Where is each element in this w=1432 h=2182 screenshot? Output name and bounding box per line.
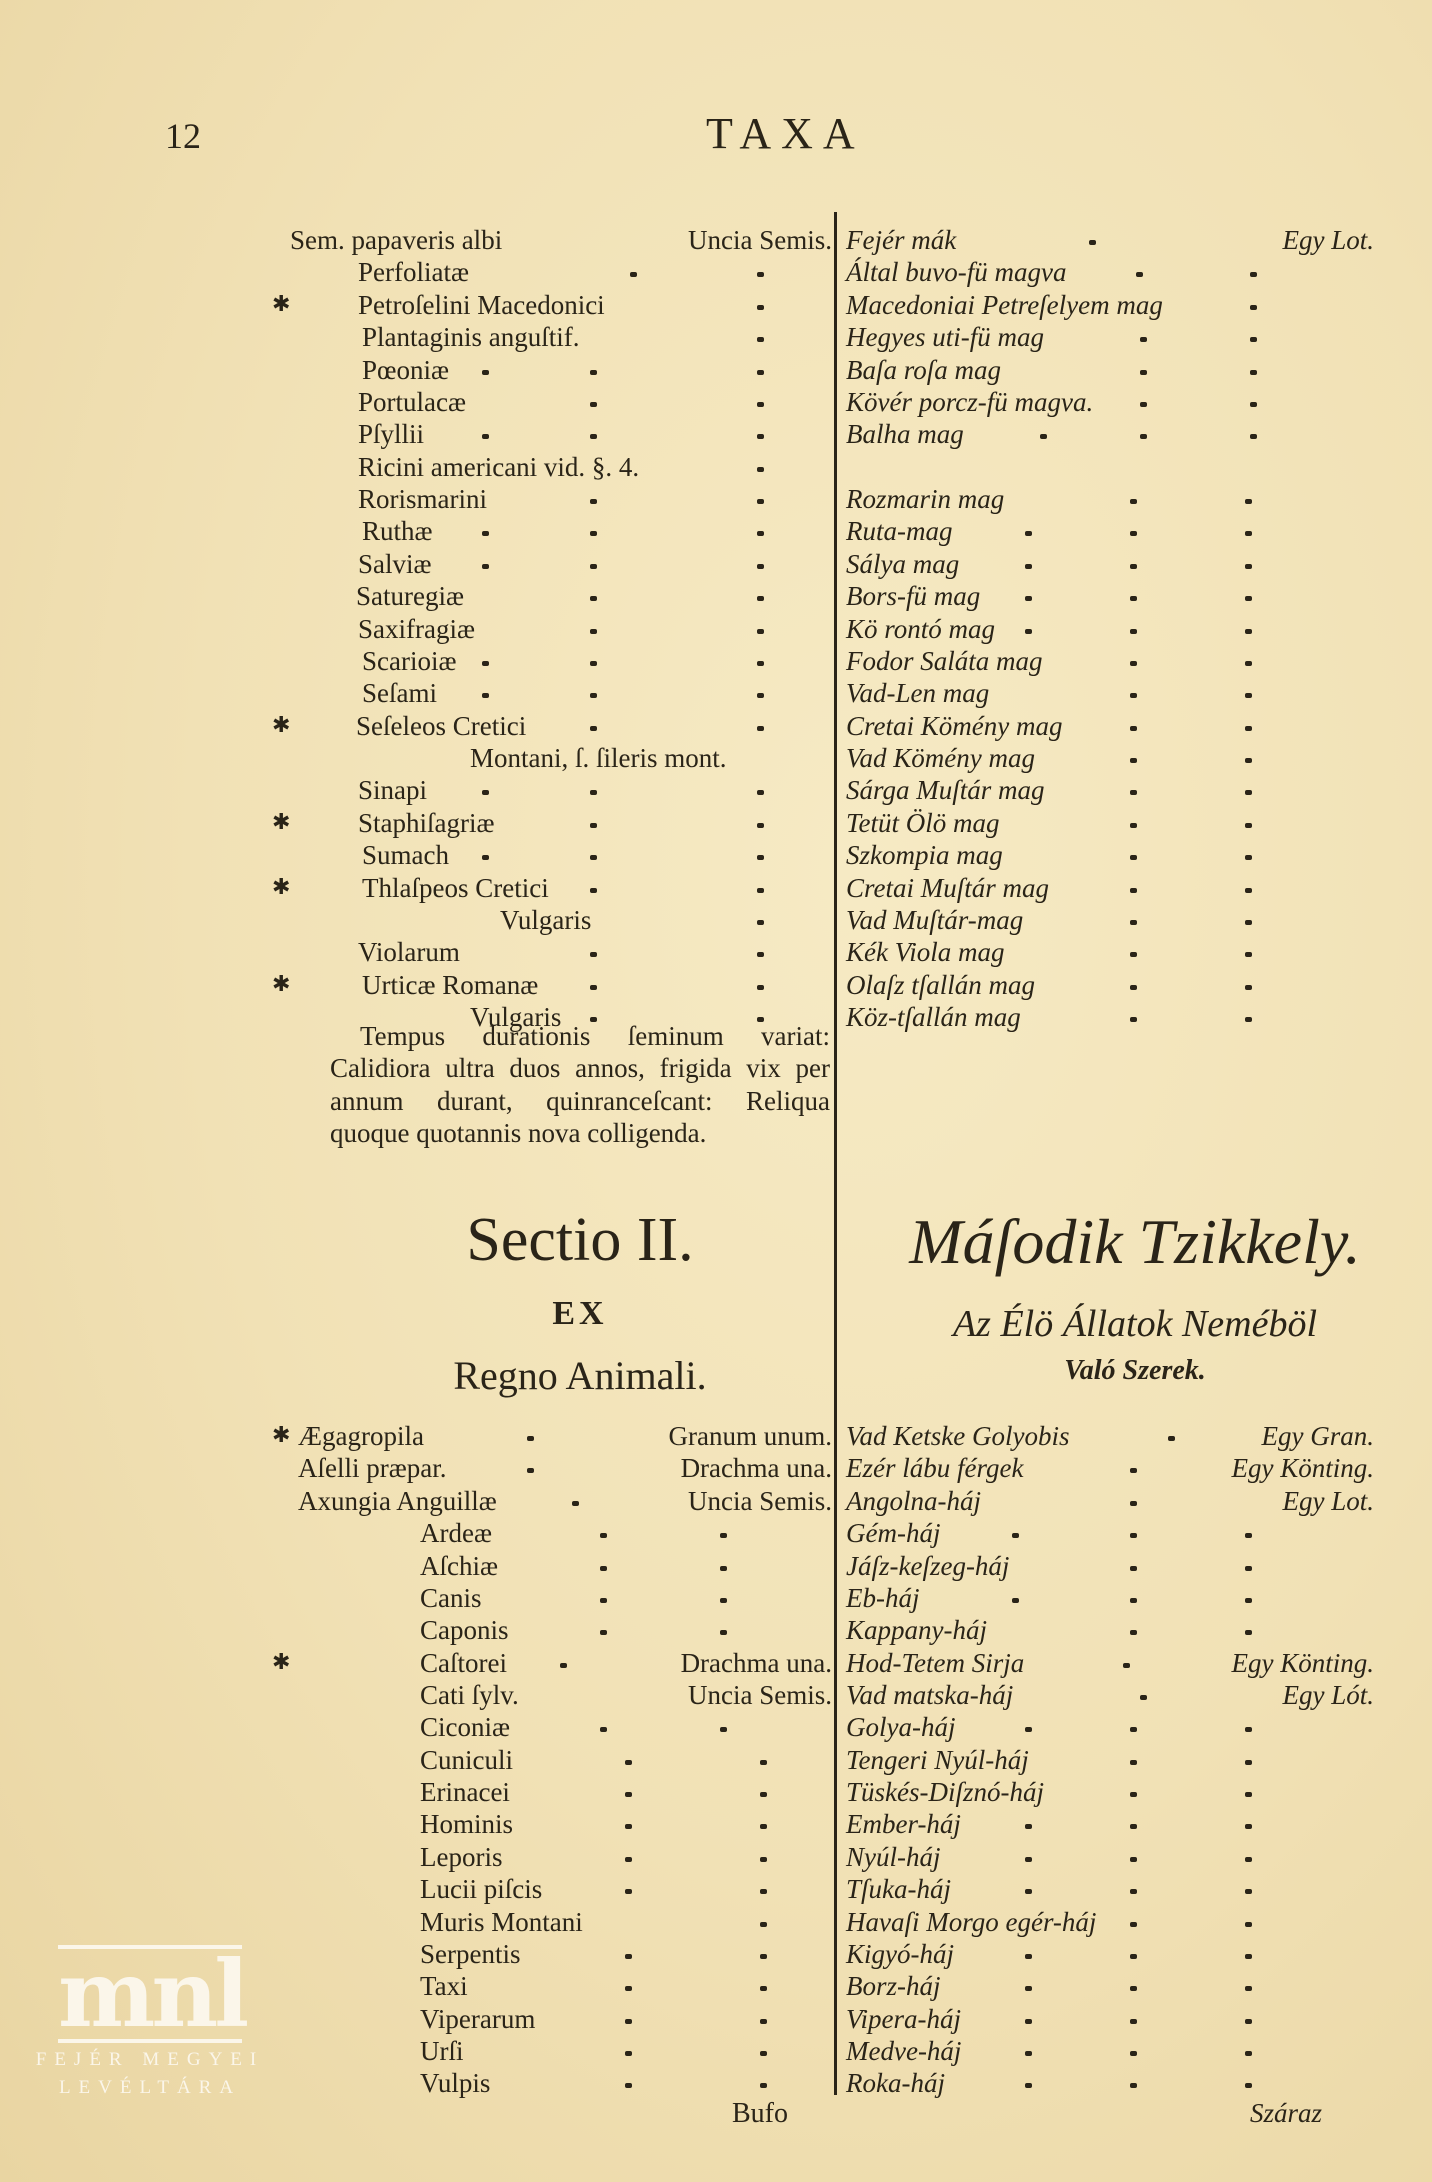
ditto-dash-icon (590, 499, 597, 504)
table-row: Vipera-háj (846, 2003, 961, 2035)
ditto-dash-icon (720, 1533, 727, 1538)
ditto-dash-icon (1130, 985, 1137, 990)
ditto-dash-icon (1025, 1857, 1032, 1862)
ditto-dash-icon (1245, 596, 1252, 601)
ditto-dash-icon (1245, 1760, 1252, 1765)
table-row: Kö rontó mag (846, 613, 995, 645)
ditto-dash-icon (590, 790, 597, 795)
ditto-dash-icon (1245, 1922, 1252, 1927)
ditto-dash-icon (720, 1727, 727, 1732)
ditto-dash-icon (625, 1986, 632, 1991)
unit-label: Egy Könting. (1232, 1452, 1375, 1484)
ditto-dash-icon (1245, 629, 1252, 634)
table-row: Ricini americani vid. §. 4. (358, 451, 639, 483)
ditto-dash-icon (1025, 564, 1032, 569)
table-row: Cati ſylv. (420, 1679, 519, 1711)
table-row: Tſuka-háj (846, 1873, 951, 1905)
ditto-dash-icon (757, 499, 764, 504)
ditto-dash-icon (1245, 1566, 1252, 1571)
ditto-dash-icon (757, 467, 764, 472)
ditto-dash-icon (1123, 1663, 1130, 1668)
ditto-dash-icon (482, 693, 489, 698)
ditto-dash-icon (1025, 1889, 1032, 1894)
ditto-dash-icon (1130, 888, 1137, 893)
ditto-dash-icon (760, 1857, 767, 1862)
table-row: Ezér lábu férgek (846, 1452, 1023, 1484)
ditto-dash-icon (757, 661, 764, 666)
ditto-dash-icon (1245, 888, 1252, 893)
ditto-dash-icon (1250, 272, 1257, 277)
ditto-dash-icon (757, 531, 764, 536)
unit-label: Drachma una. (681, 1452, 832, 1484)
column-divider-top (834, 212, 837, 1777)
ditto-dash-icon (1130, 1824, 1137, 1829)
table-row: Staphiſagriæ (358, 807, 495, 839)
asterisk-icon: ✱ (272, 710, 290, 742)
table-row: Köz-tſallán mag (846, 1001, 1021, 1033)
ditto-dash-icon (1245, 2051, 1252, 2056)
table-row: Sinapi (358, 774, 427, 806)
table-row: Montani, ſ. ſileris mont. (470, 742, 727, 774)
table-row: Leporis (420, 1841, 502, 1873)
ditto-dash-icon (1130, 1468, 1137, 1473)
ditto-dash-icon (1130, 1727, 1137, 1732)
table-row: Vulpis (420, 2067, 490, 2099)
unit-label: Drachma una. (681, 1647, 832, 1679)
ditto-dash-icon (1245, 920, 1252, 925)
table-row: Tetüt Ölö mag (846, 807, 1000, 839)
ditto-dash-icon (757, 337, 764, 342)
table-row: Taxi (420, 1970, 468, 2002)
ditto-dash-icon (625, 2019, 632, 2024)
ditto-dash-icon (1025, 1954, 1032, 1959)
unit-label: Egy Lót. (1283, 1679, 1375, 1711)
ditto-dash-icon (590, 855, 597, 860)
table-row: Urſi (420, 2035, 464, 2067)
ditto-dash-icon (590, 726, 597, 731)
table-row: Rozmarin mag (846, 483, 1004, 515)
ditto-dash-icon (1130, 1857, 1137, 1862)
ditto-dash-icon (1250, 305, 1257, 310)
catchword-right: Száraz (1250, 2098, 1322, 2129)
archive-watermark: mnl FEJÉR MEGYEI LEVÉLTÁRA (30, 1945, 270, 2099)
ditto-dash-icon (1245, 1824, 1252, 1829)
ditto-dash-icon (1130, 1986, 1137, 1991)
ditto-dash-icon (590, 823, 597, 828)
table-row: Muris Montani (420, 1906, 583, 1938)
table-row: Sálya mag (846, 548, 959, 580)
table-row: Medve-háj (846, 2035, 961, 2067)
table-row: Aſchiæ (420, 1550, 498, 1582)
ditto-dash-icon (1140, 337, 1147, 342)
table-row: Roka-háj (846, 2067, 945, 2099)
ditto-dash-icon (1130, 790, 1137, 795)
ditto-dash-icon (1245, 1727, 1252, 1732)
ditto-dash-icon (720, 1598, 727, 1603)
ditto-dash-icon (1245, 1792, 1252, 1797)
ditto-dash-icon (1140, 370, 1147, 375)
ditto-dash-icon (482, 370, 489, 375)
ditto-dash-icon (757, 985, 764, 990)
ditto-dash-icon (757, 726, 764, 731)
table-row: Lucii piſcis (420, 1873, 542, 1905)
ditto-dash-icon (625, 1954, 632, 1959)
ditto-dash-icon (590, 402, 597, 407)
ditto-dash-icon (600, 1727, 607, 1732)
ditto-dash-icon (1025, 1727, 1032, 1732)
ditto-dash-icon (1250, 370, 1257, 375)
ditto-dash-icon (625, 1857, 632, 1862)
table-row: Eb-háj (846, 1582, 920, 1614)
latin-section-title: Sectio II. (330, 1205, 830, 1276)
table-row: Aſelli præpar. (298, 1452, 446, 1484)
table-row: Seſeleos Cretici (356, 710, 526, 742)
ditto-dash-icon (590, 370, 597, 375)
table-row: Baſa roſa mag (846, 354, 1001, 386)
ditto-dash-icon (757, 823, 764, 828)
watermark-line1: FEJÉR MEGYEI (30, 2049, 270, 2071)
ditto-dash-icon (625, 1824, 632, 1829)
table-row: Kigyó-háj (846, 1938, 954, 1970)
table-row: Fejér mák (846, 224, 956, 256)
table-row: Thlaſpeos Cretici (362, 872, 549, 904)
ditto-dash-icon (1245, 2083, 1252, 2088)
table-row: Ruta-mag (846, 515, 952, 547)
ditto-dash-icon (625, 2083, 632, 2088)
ditto-dash-icon (1245, 790, 1252, 795)
table-row: Seſami (362, 677, 437, 709)
table-row: Tengeri Nyúl-háj (846, 1744, 1029, 1776)
ditto-dash-icon (1130, 2019, 1137, 2024)
ditto-dash-icon (1245, 564, 1252, 569)
ditto-dash-icon (600, 1630, 607, 1635)
table-row: Kappany-háj (846, 1614, 987, 1646)
ditto-dash-icon (590, 888, 597, 893)
table-row: Perfoliatæ (358, 256, 469, 288)
table-row: Angolna-háj (846, 1485, 981, 1517)
ditto-dash-icon (1130, 531, 1137, 536)
table-row: Sárga Muſtár mag (846, 774, 1045, 806)
hungarian-section-subtitle: Az Élö Állatok Neméböl (840, 1302, 1430, 1346)
table-row: Salviæ (358, 548, 432, 580)
ditto-dash-icon (600, 1533, 607, 1538)
ditto-dash-icon (625, 1889, 632, 1894)
ditto-dash-icon (600, 1566, 607, 1571)
ditto-dash-icon (482, 564, 489, 569)
ditto-dash-icon (1250, 402, 1257, 407)
ditto-dash-icon (1130, 920, 1137, 925)
ditto-dash-icon (590, 693, 597, 698)
table-row: Urticæ Romanæ (362, 969, 538, 1001)
asterisk-icon: ✱ (272, 807, 290, 839)
latin-section-ex: EX (330, 1295, 830, 1333)
ditto-dash-icon (1136, 272, 1143, 277)
ditto-dash-icon (625, 1792, 632, 1797)
ditto-dash-icon (1130, 2051, 1137, 2056)
ditto-dash-icon (1130, 1598, 1137, 1603)
table-row: Nyúl-háj (846, 1841, 941, 1873)
ditto-dash-icon (1130, 499, 1137, 504)
ditto-dash-icon (1245, 726, 1252, 731)
ditto-dash-icon (1245, 693, 1252, 698)
catchword-left: Bufo (732, 2098, 788, 2130)
ditto-dash-icon (560, 1663, 567, 1668)
ditto-dash-icon (482, 531, 489, 536)
ditto-dash-icon (1245, 823, 1252, 828)
unit-label: Egy Gran. (1262, 1420, 1374, 1452)
table-row: Tüskés-Diſznó-háj (846, 1776, 1044, 1808)
ditto-dash-icon (1130, 1922, 1137, 1927)
table-row: Ember-háj (846, 1808, 961, 1840)
table-row: Vad Ketske Golyobis (846, 1420, 1069, 1452)
ditto-dash-icon (482, 855, 489, 860)
ditto-dash-icon (757, 272, 764, 277)
table-row: Serpentis (420, 1938, 521, 1970)
table-row: Fodor Saláta mag (846, 645, 1043, 677)
ditto-dash-icon (1089, 240, 1096, 245)
latin-section-subtitle: Regno Animali. (330, 1352, 830, 1399)
ditto-dash-icon (482, 790, 489, 795)
table-row: Golya-háj (846, 1711, 955, 1743)
hungarian-section-title: Máſodik Tzikkely. (840, 1205, 1430, 1279)
ditto-dash-icon (1130, 855, 1137, 860)
ditto-dash-icon (1130, 1954, 1137, 1959)
table-row: Rorismarini (358, 483, 487, 515)
ditto-dash-icon (757, 888, 764, 893)
ditto-dash-icon (1025, 2019, 1032, 2024)
ditto-dash-icon (1012, 1533, 1019, 1538)
ditto-dash-icon (1130, 952, 1137, 957)
ditto-dash-icon (1025, 596, 1032, 601)
ditto-dash-icon (760, 2019, 767, 2024)
ditto-dash-icon (625, 1760, 632, 1765)
table-row: Bors-fü mag (846, 580, 980, 612)
ditto-dash-icon (1130, 2083, 1137, 2088)
asterisk-icon: ✱ (272, 1420, 290, 1452)
ditto-dash-icon (1130, 629, 1137, 634)
ditto-dash-icon (757, 402, 764, 407)
ditto-dash-icon (1250, 434, 1257, 439)
ditto-dash-icon (1130, 1501, 1137, 1506)
ditto-dash-icon (757, 305, 764, 310)
column-divider-bottom (834, 1777, 837, 2095)
ditto-dash-icon (757, 434, 764, 439)
ditto-dash-icon (1130, 1792, 1137, 1797)
table-row: Sumach (362, 839, 449, 871)
table-row: Borz-háj (846, 1970, 941, 2002)
ditto-dash-icon (590, 531, 597, 536)
ditto-dash-icon (590, 596, 597, 601)
ditto-dash-icon (760, 1922, 767, 1927)
table-row: Kék Viola mag (846, 936, 1004, 968)
table-row: Ardeæ (420, 1517, 492, 1549)
ditto-dash-icon (720, 1630, 727, 1635)
table-row: Saturegiæ (356, 580, 464, 612)
ditto-dash-icon (757, 855, 764, 860)
asterisk-icon: ✱ (272, 872, 290, 904)
table-row: Scarioiæ (362, 645, 457, 677)
table-row: Hominis (420, 1808, 513, 1840)
ditto-dash-icon (1245, 1017, 1252, 1022)
ditto-dash-icon (1130, 564, 1137, 569)
ditto-dash-icon (482, 434, 489, 439)
table-row: Vad Kömény mag (846, 742, 1035, 774)
ditto-dash-icon (1250, 337, 1257, 342)
ditto-dash-icon (600, 1598, 607, 1603)
ditto-dash-icon (1130, 758, 1137, 763)
ditto-dash-icon (1130, 661, 1137, 666)
ditto-dash-icon (1245, 661, 1252, 666)
ditto-dash-icon (572, 1501, 579, 1506)
ditto-dash-icon (1245, 1630, 1252, 1635)
ditto-dash-icon (630, 272, 637, 277)
ditto-dash-icon (1040, 434, 1047, 439)
ditto-dash-icon (1012, 1598, 1019, 1603)
table-row: Canis (420, 1582, 482, 1614)
table-row: Jáſz-keſzeg-háj (846, 1550, 1009, 1582)
ditto-dash-icon (1245, 1857, 1252, 1862)
mnl-logo-icon: mnl (58, 1945, 242, 2043)
ditto-dash-icon (1245, 531, 1252, 536)
ditto-dash-icon (590, 434, 597, 439)
table-row: Macedoniai Petreſelyem mag (846, 289, 1163, 321)
page-number: 12 (165, 115, 201, 157)
table-row: Erinacei (420, 1776, 510, 1808)
table-row: Balha mag (846, 418, 964, 450)
ditto-dash-icon (1025, 2083, 1032, 2088)
ditto-dash-icon (1245, 985, 1252, 990)
ditto-dash-icon (590, 629, 597, 634)
ditto-dash-icon (527, 1436, 534, 1441)
table-row: Ciconiæ (420, 1711, 510, 1743)
ditto-dash-icon (1130, 1889, 1137, 1894)
table-row: Saxifragiæ (358, 613, 475, 645)
unit-label: Uncia Semis. (688, 224, 832, 256)
table-row: Hegyes uti-fü mag (846, 321, 1044, 353)
table-row: Olaſz tſallán mag (846, 969, 1035, 1001)
ditto-dash-icon (1140, 434, 1147, 439)
table-row: Viperarum (420, 2003, 535, 2035)
ditto-dash-icon (757, 596, 764, 601)
ditto-dash-icon (757, 564, 764, 569)
ditto-dash-icon (757, 920, 764, 925)
ditto-dash-icon (1245, 1889, 1252, 1894)
ditto-dash-icon (720, 1566, 727, 1571)
ditto-dash-icon (527, 1468, 534, 1473)
ditto-dash-icon (1245, 1986, 1252, 1991)
hungarian-section-subtitle2: Való Szerek. (840, 1355, 1430, 1387)
table-row: Ægagropila (298, 1420, 424, 1452)
ditto-dash-icon (1245, 499, 1252, 504)
ditto-dash-icon (757, 693, 764, 698)
ditto-dash-icon (757, 629, 764, 634)
table-row: Vad matska-háj (846, 1679, 1013, 1711)
ditto-dash-icon (757, 952, 764, 957)
table-row: Vad Muſtár-mag (846, 904, 1023, 936)
table-row: Által buvo-fü magva (846, 256, 1066, 288)
ditto-dash-icon (760, 1760, 767, 1765)
ditto-dash-icon (590, 985, 597, 990)
unit-label: Uncia Semis. (688, 1679, 832, 1711)
ditto-dash-icon (760, 2083, 767, 2088)
table-row: Pſyllii (358, 418, 424, 450)
ditto-dash-icon (1025, 1824, 1032, 1829)
ditto-dash-icon (482, 661, 489, 666)
table-row: Pœoniæ (362, 354, 449, 386)
ditto-dash-icon (1245, 1598, 1252, 1603)
ditto-dash-icon (1245, 855, 1252, 860)
ditto-dash-icon (1140, 1695, 1147, 1700)
running-title: TAXA (706, 108, 865, 159)
table-row: Cuniculi (420, 1744, 513, 1776)
ditto-dash-icon (590, 952, 597, 957)
table-row: Caſtorei (420, 1647, 507, 1679)
table-row: Ruthæ (362, 515, 433, 547)
ditto-dash-icon (1245, 2019, 1252, 2024)
ditto-dash-icon (760, 1889, 767, 1894)
unit-label: Egy Könting. (1232, 1647, 1375, 1679)
table-row: Vulgaris (500, 904, 591, 936)
ditto-dash-icon (1130, 1533, 1137, 1538)
ditto-dash-icon (590, 564, 597, 569)
asterisk-icon: ✱ (272, 1647, 290, 1679)
duration-note: Tempus durationis ſeminum variat: Calidi… (330, 1020, 830, 1150)
ditto-dash-icon (1130, 596, 1137, 601)
table-row: Vad-Len mag (846, 677, 989, 709)
ditto-dash-icon (1130, 823, 1137, 828)
ditto-dash-icon (1245, 952, 1252, 957)
ditto-dash-icon (1025, 1986, 1032, 1991)
ditto-dash-icon (1245, 758, 1252, 763)
ditto-dash-icon (760, 1954, 767, 1959)
table-row: Sem. papaveris albi (290, 224, 502, 256)
ditto-dash-icon (1130, 1630, 1137, 1635)
ditto-dash-icon (1245, 1533, 1252, 1538)
ditto-dash-icon (1025, 531, 1032, 536)
table-row: Axungia Anguillæ (298, 1485, 497, 1517)
table-row: Plantaginis anguſtif. (362, 321, 579, 353)
table-row: Gém-háj (846, 1517, 940, 1549)
table-row: Petroſelini Macedonici (358, 289, 605, 321)
ditto-dash-icon (1130, 693, 1137, 698)
ditto-dash-icon (760, 1824, 767, 1829)
table-row: Havaſi Morgo egér-háj (846, 1906, 1096, 1938)
asterisk-icon: ✱ (272, 289, 290, 321)
ditto-dash-icon (757, 370, 764, 375)
ditto-dash-icon (760, 1986, 767, 1991)
table-row: Portulacæ (358, 386, 466, 418)
ditto-dash-icon (760, 1792, 767, 1797)
unit-label: Egy Lot. (1283, 1485, 1375, 1517)
asterisk-icon: ✱ (272, 969, 290, 1001)
ditto-dash-icon (760, 2051, 767, 2056)
ditto-dash-icon (1130, 726, 1137, 731)
ditto-dash-icon (1245, 1954, 1252, 1959)
ditto-dash-icon (1130, 1760, 1137, 1765)
ditto-dash-icon (1140, 402, 1147, 407)
ditto-dash-icon (1130, 1017, 1137, 1022)
table-row: Violarum (358, 936, 460, 968)
ditto-dash-icon (1168, 1436, 1175, 1441)
table-row: Szkompia mag (846, 839, 1003, 871)
ditto-dash-icon (625, 2051, 632, 2056)
ditto-dash-icon (1025, 629, 1032, 634)
watermark-line2: LEVÉLTÁRA (30, 2077, 270, 2099)
table-row: Cretai Kömény mag (846, 710, 1062, 742)
ditto-dash-icon (1025, 2051, 1032, 2056)
table-row: Caponis (420, 1614, 509, 1646)
unit-label: Egy Lot. (1283, 224, 1375, 256)
